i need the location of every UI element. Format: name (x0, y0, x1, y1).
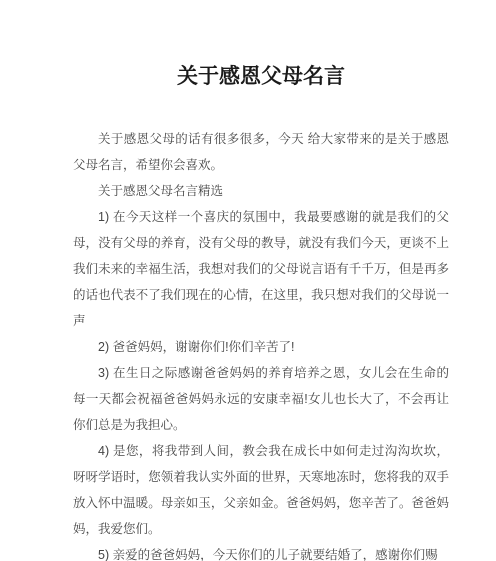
page-title: 关于感恩父母名言 (73, 0, 449, 88)
quote-paragraph-1: 1) 在今天这样一个喜庆的氛围中，我最要感谢的就是我们的父母，没有父母的养育，没… (73, 204, 449, 334)
quote-paragraph-2: 2) 爸爸妈妈，谢谢你们!你们辛苦了! (73, 334, 449, 360)
quote-paragraph-3: 3) 在生日之际感谢爸爸妈妈的养育培养之恩，女儿会在生命的每一天都会祝福爸爸妈妈… (73, 360, 449, 438)
quote-paragraph-4: 4) 是您，将我带到人间，教会我在成长中如何走过沟沟坎坎，呀呀学语时，您领着我认… (73, 438, 449, 542)
section-subtitle: 关于感恩父母名言精选 (73, 178, 449, 204)
quote-paragraph-5: 5) 亲爱的爸爸妈妈，今天你们的儿子就要结婚了，感谢你们赐 (73, 542, 449, 561)
document-page: 关于感恩父母名言 关于感恩父母的话有很多很多，今天 给大家带来的是关于感恩父母名… (0, 0, 496, 561)
document-content: 关于感恩父母名言 关于感恩父母的话有很多很多，今天 给大家带来的是关于感恩父母名… (73, 0, 449, 561)
intro-paragraph: 关于感恩父母的话有很多很多，今天 给大家带来的是关于感恩父母名言，希望你会喜欢。 (73, 126, 449, 178)
